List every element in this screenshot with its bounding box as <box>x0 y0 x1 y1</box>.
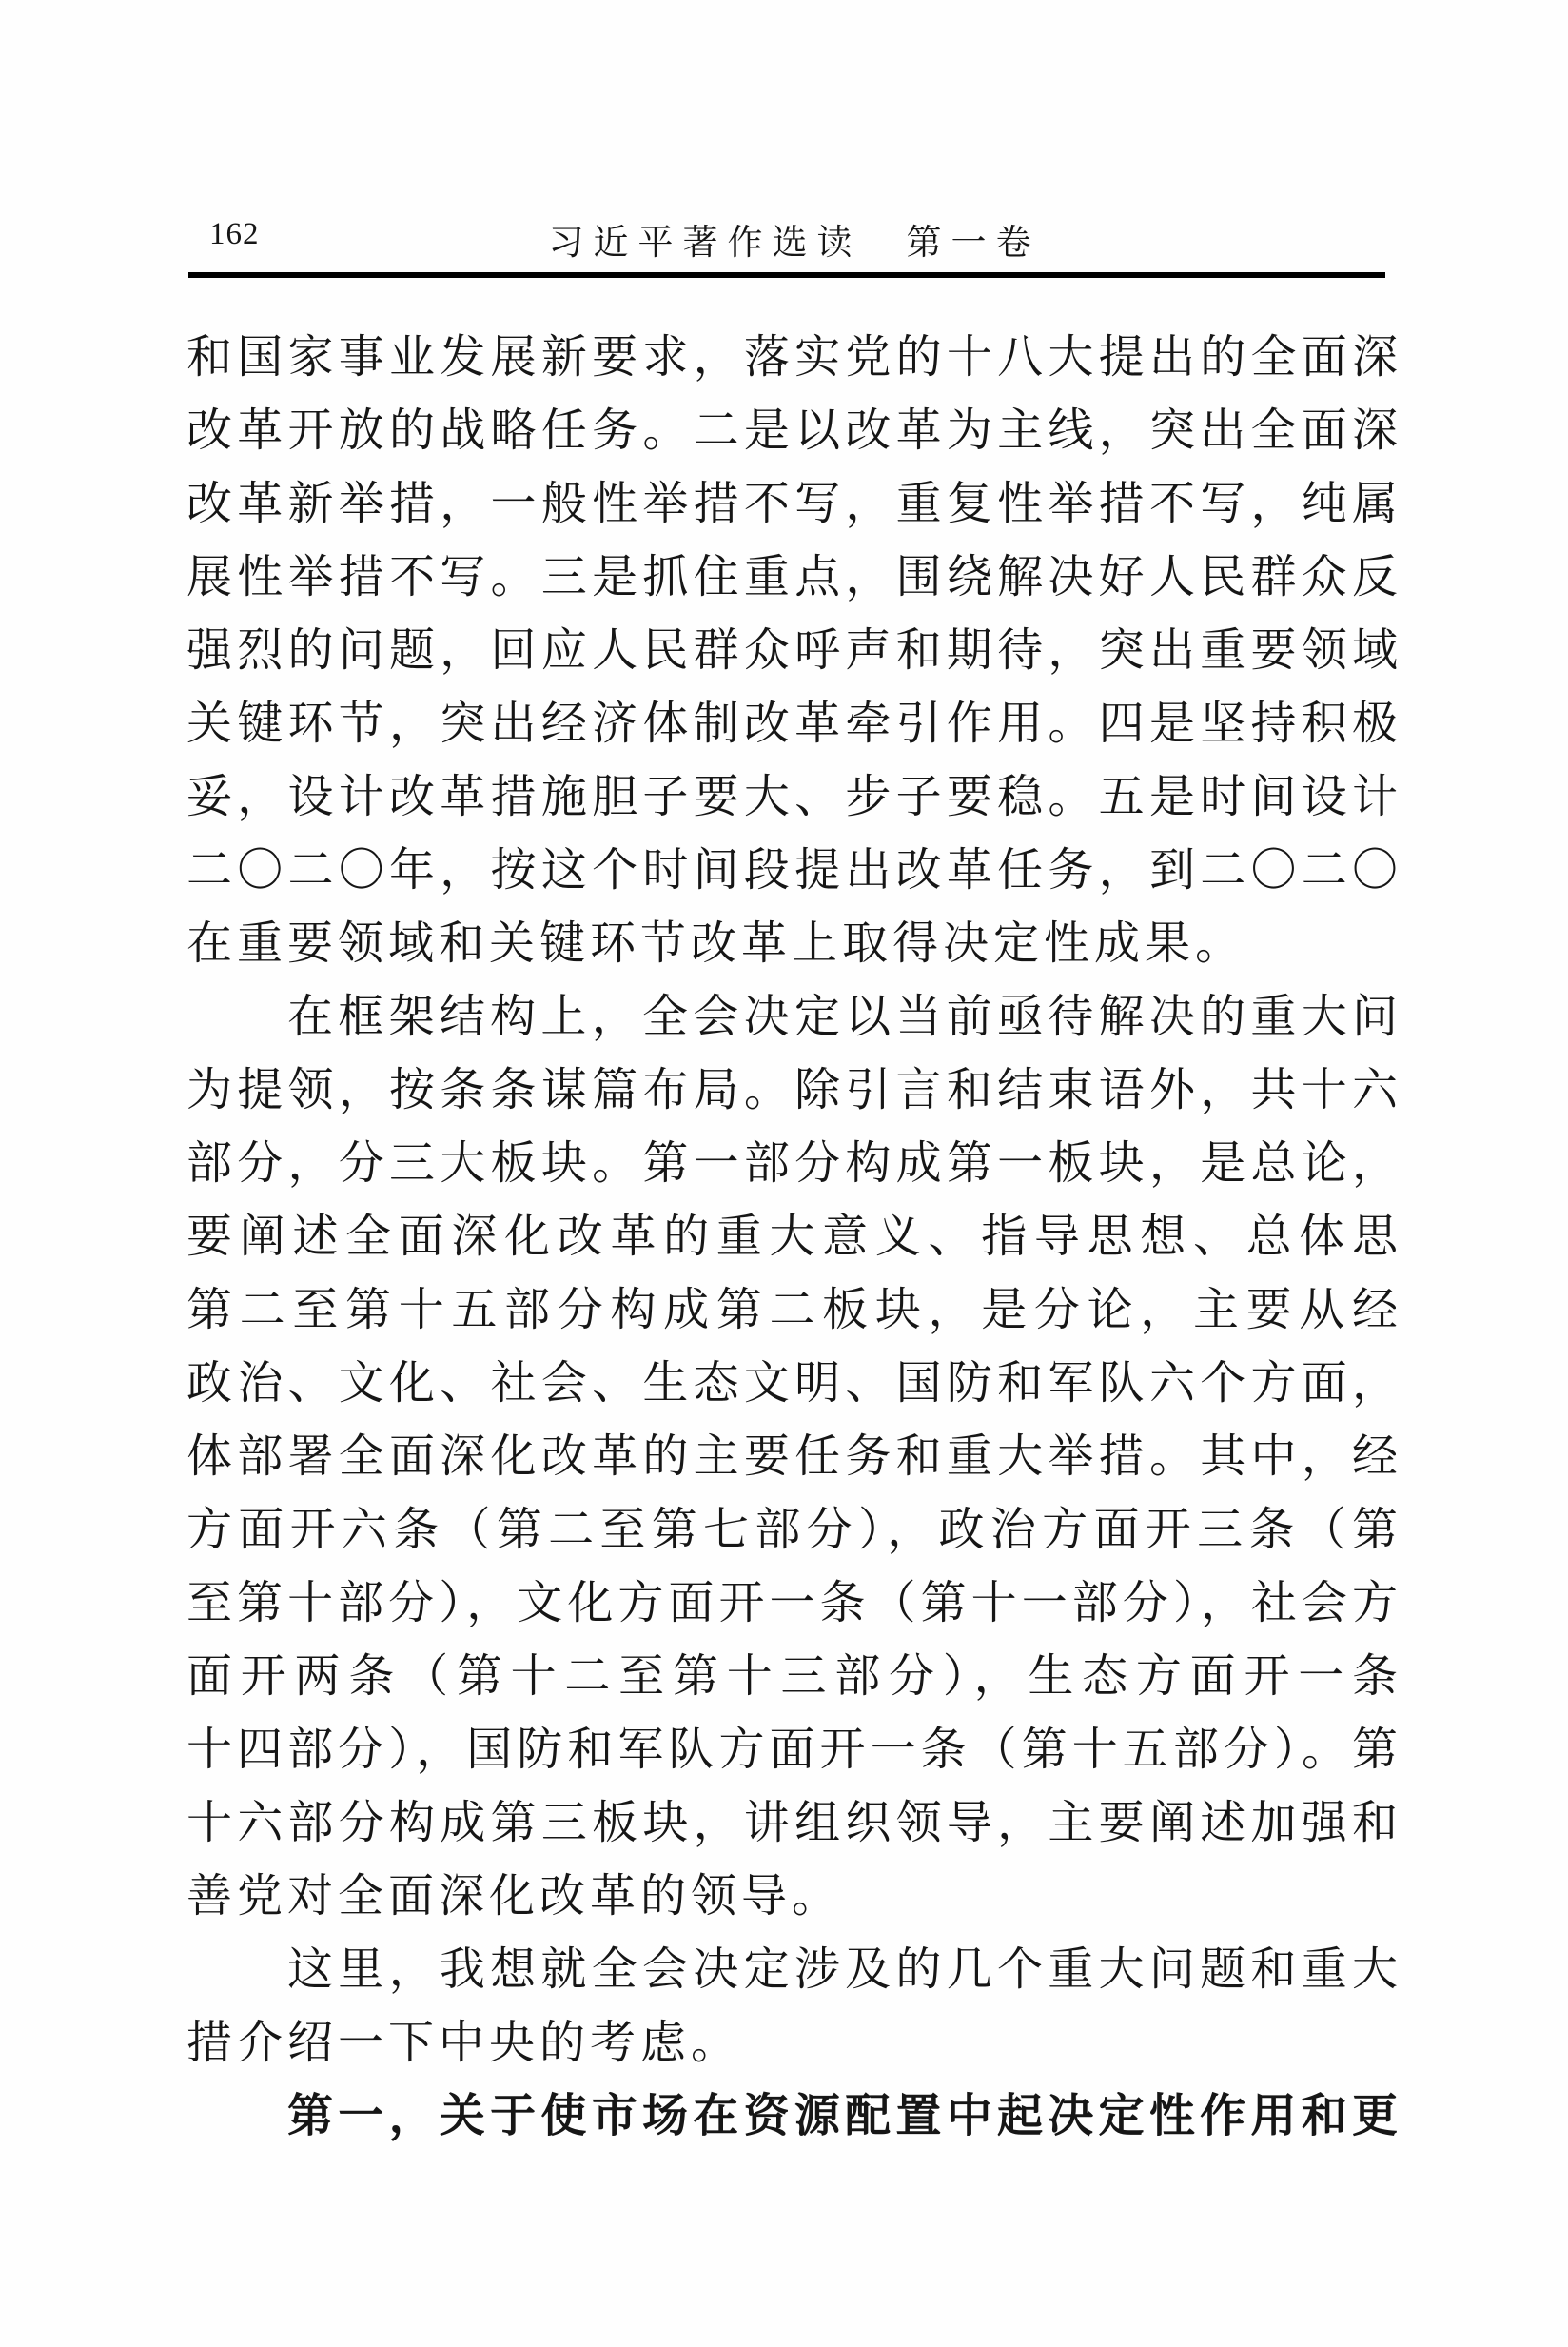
body-line: 第二至第十五部分构成第二板块，是分论，主要从经济、 <box>186 1273 1402 1347</box>
body-line: 和国家事业发展新要求，落实党的十八大提出的全面深化 <box>186 321 1402 394</box>
body-line: 改革开放的战略任务。二是以改革为主线，突出全面深化 <box>186 394 1402 467</box>
body-line: 二〇二〇年，按这个时间段提出改革任务，到二〇二〇年 <box>186 834 1402 907</box>
body-line: 为提领，按条条谋篇布局。除引言和结束语外，共十六个 <box>186 1054 1402 1127</box>
body-line: 至第十部分），文化方面开一条（第十一部分），社会方 <box>186 1567 1402 1640</box>
body-line: 方面开六条（第二至第七部分），政治方面开三条（第八 <box>186 1493 1402 1567</box>
body-line: 展性举措不写。三是抓住重点，围绕解决好人民群众反映 <box>186 541 1402 614</box>
body-line: 这里，我想就全会决定涉及的几个重大问题和重大举 <box>186 1933 1402 2006</box>
running-title: 习近平著作选读 第一卷 <box>186 213 1402 265</box>
body-line-emphasis: 第一，关于使市场在资源配置中起决定性作用和更好 <box>186 2080 1402 2153</box>
body-line: 善党对全面深化改革的领导。 <box>186 1860 1402 1933</box>
body-text: 和国家事业发展新要求，落实党的十八大提出的全面深化 改革开放的战略任务。二是以改… <box>186 321 1402 2153</box>
body-line: 十六部分构成第三板块，讲组织领导，主要阐述加强和改 <box>186 1786 1402 1860</box>
body-line: 妥，设计改革措施胆子要大、步子要稳。五是时间设计到 <box>186 760 1402 834</box>
body-line: 关键环节，突出经济体制改革牵引作用。四是坚持积极稳 <box>186 687 1402 760</box>
body-line: 面开两条（第十二至第十三部分），生态方面开一条（第 <box>186 1640 1402 1713</box>
body-line: 体部署全面深化改革的主要任务和重大举措。其中，经济 <box>186 1420 1402 1493</box>
book-page: 162 习近平著作选读 第一卷 和国家事业发展新要求，落实党的十八大提出的全面深… <box>0 0 1568 2347</box>
body-line: 要阐述全面深化改革的重大意义、指导思想、总体思路。 <box>186 1200 1402 1273</box>
body-line: 在重要领域和关键环节改革上取得决定性成果。 <box>186 907 1402 980</box>
body-line: 十四部分），国防和军队方面开一条（第十五部分）。第 <box>186 1713 1402 1786</box>
body-line: 强烈的问题，回应人民群众呼声和期待，突出重要领域和 <box>186 614 1402 687</box>
header-rule <box>188 272 1385 278</box>
body-line: 改革新举措，一般性举措不写，重复性举措不写，纯属发 <box>186 467 1402 541</box>
body-line: 在框架结构上，全会决定以当前亟待解决的重大问题 <box>186 980 1402 1054</box>
body-line: 政治、文化、社会、生态文明、国防和军队六个方面，具 <box>186 1347 1402 1420</box>
page-header: 162 习近平著作选读 第一卷 <box>186 213 1402 261</box>
body-line: 部分，分三大板块。第一部分构成第一板块，是总论，主 <box>186 1127 1402 1200</box>
body-line: 措介绍一下中央的考虑。 <box>186 2006 1402 2080</box>
